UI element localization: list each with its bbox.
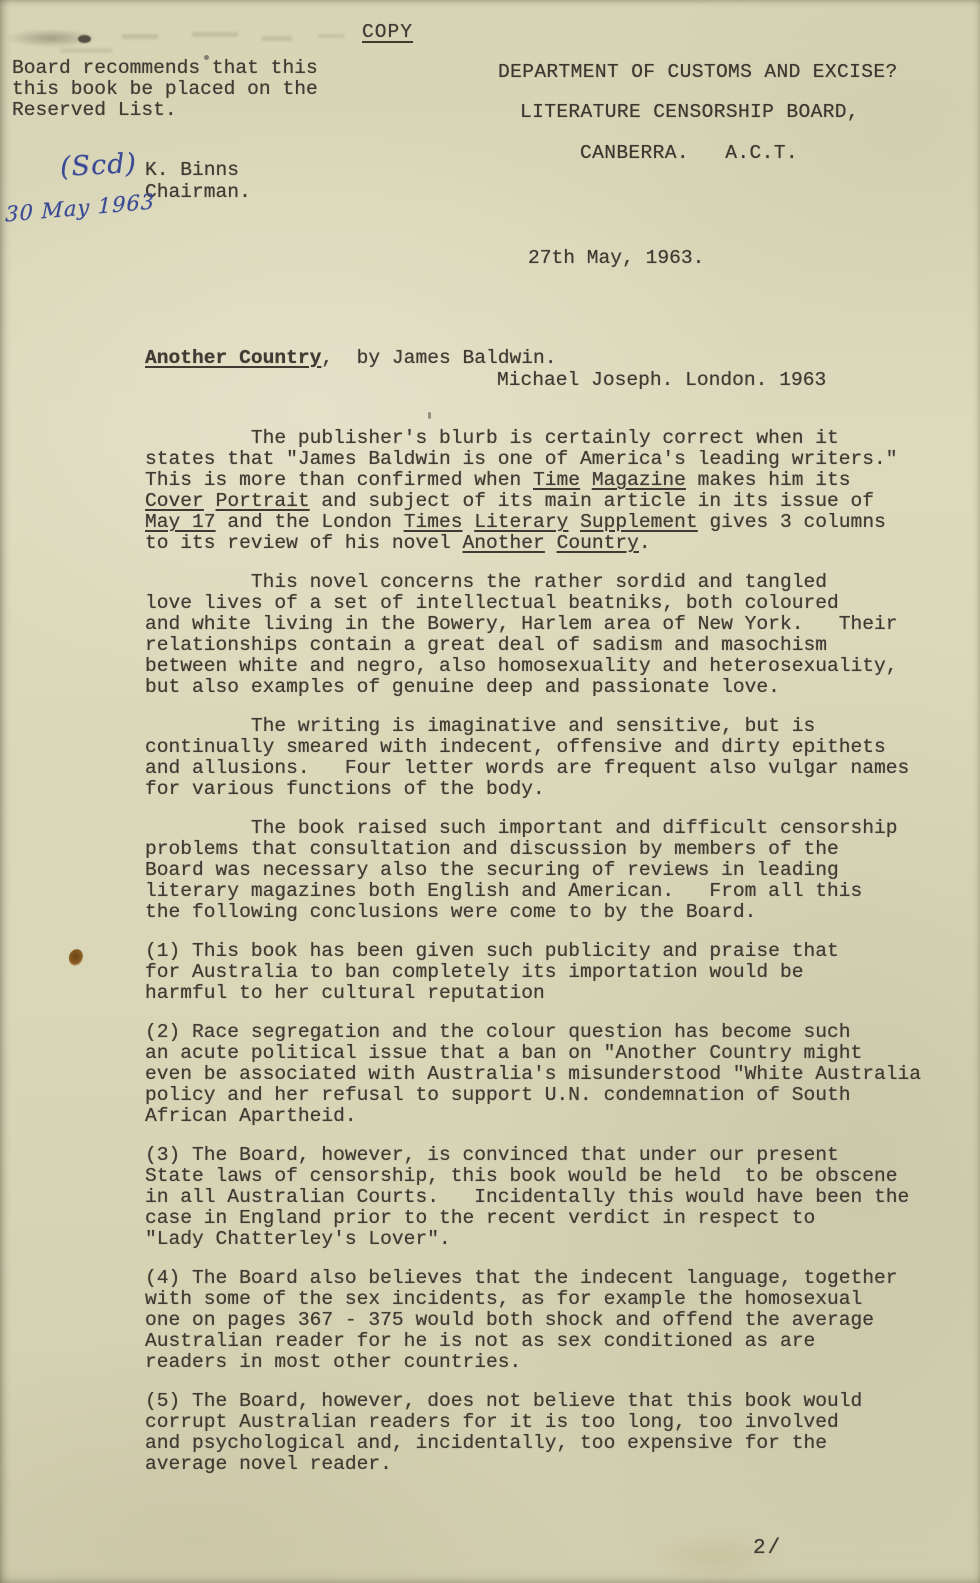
page-number: 2/ (753, 1538, 782, 1559)
erased-mark (262, 36, 292, 41)
signature-block: K. Binns Chairman. (145, 160, 251, 203)
department-line-1: DEPARTMENT OF CUSTOMS AND EXCISE? (498, 62, 898, 83)
document-date: 27th May, 1963. (528, 248, 704, 269)
conclusion-item-2: (2) Race segregation and the colour ques… (145, 1022, 967, 1127)
signed-annotation: (Scd) (59, 148, 138, 183)
erased-mark (192, 32, 238, 37)
conclusion-item-3: (3) The Board, however, is convinced tha… (145, 1145, 967, 1250)
stray-mark (428, 412, 431, 419)
report-paragraph-1: The publisher's blurb is certainly corre… (145, 428, 967, 554)
erased-mark (318, 34, 344, 38)
board-recommendation-note: Board recommends that this this book be … (12, 58, 318, 121)
conclusion-item-1: (1) This book has been given such public… (145, 941, 967, 1004)
conclusion-item-5: (5) The Board, however, does not believe… (145, 1391, 967, 1475)
report-paragraph-2: This novel concerns the rather sordid an… (145, 572, 967, 698)
report-body: The publisher's blurb is certainly corre… (145, 428, 967, 1493)
department-line-2: LITERATURE CENSORSHIP BOARD, (520, 102, 859, 123)
copy-label: COPY (362, 22, 413, 43)
book-title-line: Another Country, by James Baldwin. (145, 348, 557, 369)
scanned-document-page: COPY Board recommends that this this boo… (0, 0, 980, 1583)
ink-stain (67, 947, 86, 967)
report-paragraph-4: The book raised such important and diffi… (145, 818, 967, 923)
report-paragraph-3: The writing is imaginative and sensitive… (145, 716, 967, 800)
publisher-line: Michael Joseph. London. 1963 (497, 370, 826, 391)
conclusion-item-4: (4) The Board also believes that the ind… (145, 1268, 967, 1373)
department-line-3: CANBERRA. A.C.T. (580, 143, 798, 164)
book-title-byline: , by James Baldwin. (321, 347, 556, 369)
handwritten-date: 30 May 1963 (5, 189, 155, 226)
erased-mark (60, 48, 112, 53)
pencil-smudge-dot (78, 35, 91, 43)
pencil-smudge (6, 29, 96, 47)
erased-mark (122, 34, 158, 39)
book-title: Another Country (145, 347, 321, 369)
